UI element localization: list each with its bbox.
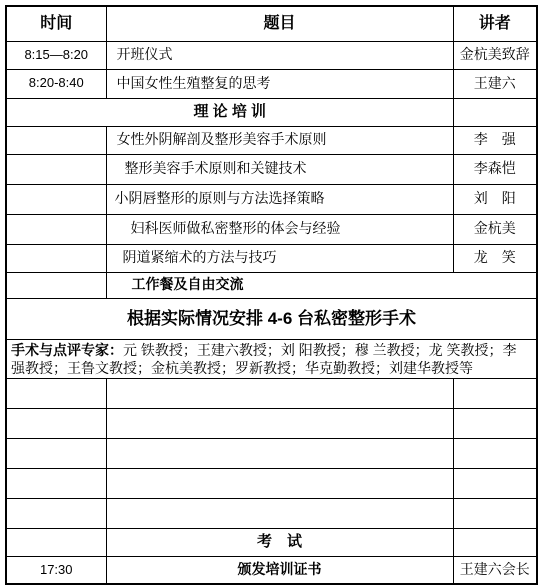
empty-row	[6, 438, 537, 468]
certificate-time: 17:30	[6, 556, 106, 584]
empty-cell	[106, 408, 453, 438]
empty-cell	[453, 408, 537, 438]
empty-cell	[453, 468, 537, 498]
empty-cell	[6, 214, 106, 244]
empty-row	[6, 378, 537, 408]
opening-topic: 开班仪式	[106, 41, 453, 69]
empty-cell	[106, 378, 453, 408]
empty-cell	[6, 126, 106, 154]
lecture-speaker: 金杭美	[453, 214, 537, 244]
exam-topic: 考 试	[106, 528, 453, 556]
lecture-topic: 阴道紧缩术的方法与技巧	[106, 244, 453, 272]
row-experts: 手术与点评专家：元 铁教授；王建六教授；刘 阳教授；穆 兰教授；龙 笑教授；李 …	[6, 339, 537, 378]
lecture-topic: 小阴唇整形的原则与方法选择策略	[106, 184, 453, 214]
table-header-row: 时间 题目 讲者	[6, 6, 537, 41]
empty-cell	[6, 408, 106, 438]
certificate-speaker: 王建六会长	[453, 556, 537, 584]
lecture-speaker: 刘 阳	[453, 184, 537, 214]
row-lecture-4: 妇科医师做私密整形的体会与经验 金杭美	[6, 214, 537, 244]
row-lecture-2: 整形美容手术原则和关键技术 李森恺	[6, 154, 537, 184]
empty-cell	[453, 498, 537, 528]
lecture-speaker: 李 强	[453, 126, 537, 154]
empty-cell	[6, 244, 106, 272]
header-time: 时间	[6, 6, 106, 41]
empty-row	[6, 498, 537, 528]
certificate-topic: 颁发培训证书	[106, 556, 453, 584]
lecture-topic: 妇科医师做私密整形的体会与经验	[106, 214, 453, 244]
lecture-speaker: 龙 笑	[453, 244, 537, 272]
keynote-time: 8:20-8:40	[6, 69, 106, 98]
empty-cell	[6, 378, 106, 408]
empty-cell	[453, 98, 537, 126]
empty-cell	[453, 528, 537, 556]
row-section-theory: 理 论 培 训	[6, 98, 537, 126]
lecture-speaker: 李森恺	[453, 154, 537, 184]
row-exam: 考 试	[6, 528, 537, 556]
opening-speaker: 金杭美致辞	[453, 41, 537, 69]
empty-cell	[106, 498, 453, 528]
surgery-text: 根据实际情况安排 4-6 台私密整形手术	[6, 298, 537, 339]
section-theory-title: 理 论 培 训	[6, 98, 453, 126]
row-certificate: 17:30 颁发培训证书 王建六会长	[6, 556, 537, 584]
row-lecture-3: 小阴唇整形的原则与方法选择策略 刘 阳	[6, 184, 537, 214]
empty-cell	[453, 378, 537, 408]
schedule-table: 时间 题目 讲者 8:15—8:20 开班仪式 金杭美致辞 8:20-8:40 …	[5, 5, 538, 585]
empty-row	[6, 468, 537, 498]
empty-cell	[453, 438, 537, 468]
lunch-topic: 工作餐及自由交流	[106, 272, 537, 298]
experts-cell: 手术与点评专家：元 铁教授；王建六教授；刘 阳教授；穆 兰教授；龙 笑教授；李 …	[6, 339, 537, 378]
lecture-topic: 整形美容手术原则和关键技术	[106, 154, 453, 184]
experts-label: 手术与点评专家：	[11, 342, 123, 358]
empty-cell	[106, 438, 453, 468]
row-lecture-5: 阴道紧缩术的方法与技巧 龙 笑	[6, 244, 537, 272]
row-opening: 8:15—8:20 开班仪式 金杭美致辞	[6, 41, 537, 69]
empty-cell	[6, 528, 106, 556]
empty-cell	[6, 184, 106, 214]
row-keynote: 8:20-8:40 中国女性生殖整复的思考 王建六	[6, 69, 537, 98]
lecture-topic: 女性外阴解剖及整形美容手术原则	[106, 126, 453, 154]
row-surgery: 根据实际情况安排 4-6 台私密整形手术	[6, 298, 537, 339]
opening-time: 8:15—8:20	[6, 41, 106, 69]
row-lunch: 工作餐及自由交流	[6, 272, 537, 298]
keynote-speaker: 王建六	[453, 69, 537, 98]
header-speaker: 讲者	[453, 6, 537, 41]
keynote-topic: 中国女性生殖整复的思考	[106, 69, 453, 98]
empty-cell	[106, 468, 453, 498]
header-topic: 题目	[106, 6, 453, 41]
empty-cell	[6, 438, 106, 468]
row-lecture-1: 女性外阴解剖及整形美容手术原则 李 强	[6, 126, 537, 154]
empty-cell	[6, 272, 106, 298]
empty-cell	[6, 154, 106, 184]
empty-row	[6, 408, 537, 438]
empty-cell	[6, 468, 106, 498]
empty-cell	[6, 498, 106, 528]
